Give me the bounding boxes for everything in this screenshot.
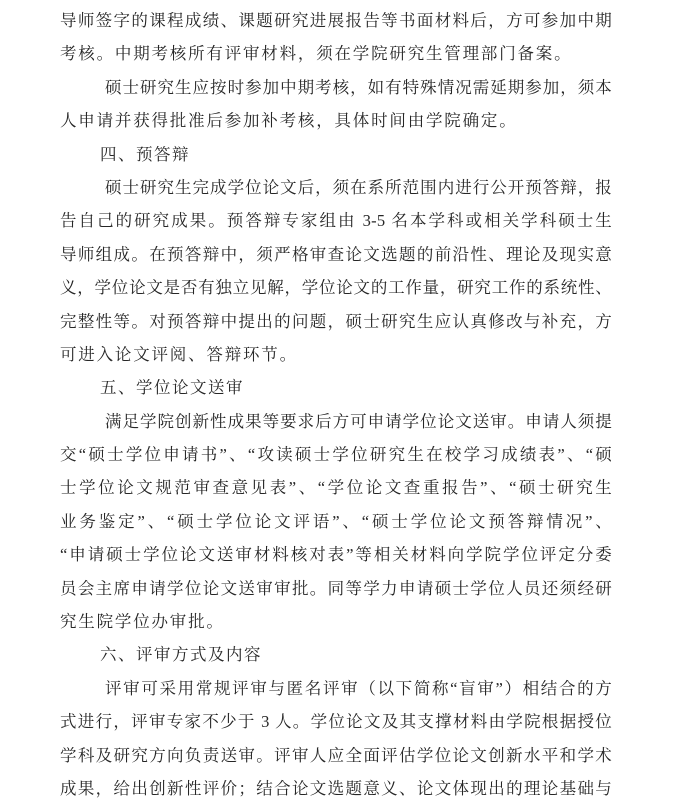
text-line: 究生院学位办审批。 — [60, 605, 612, 638]
text-line: 评审可采用常规评审与匿名评审（以下简称“盲审”）相结合的方 — [60, 672, 612, 705]
text-line: 硕士研究生应按时参加中期考核，如有特殊情况需延期参加，须本 — [60, 71, 612, 104]
section-heading: 四、预答辩 — [60, 138, 612, 171]
text-line: 义，学位论文是否有独立见解，学位论文的工作量，研究工作的系统性、 — [60, 271, 612, 304]
document-page: 导师签字的课程成绩、课题研究进展报告等书面材料后，方可参加中期考核。中期考核所有… — [0, 0, 678, 806]
text-line: 人申请并获得批准后参加补考核，具体时间由学院确定。 — [60, 104, 612, 137]
text-line: 导师组成。在预答辩中，须严格审查论文选题的前沿性、理论及现实意 — [60, 238, 612, 271]
text-line: 完整性等。对预答辩中提出的问题，硕士研究生应认真修改与补充，方 — [60, 305, 612, 338]
text-line: 成果，给出创新性评价；结合论文选题意义、论文体现出的理论基础与 — [60, 772, 612, 805]
text-line: 交“硕士学位申请书”、“攻读硕士学位研究生在校学习成绩表”、“硕 — [60, 438, 612, 471]
text-line: “申请硕士学位论文送审材料核对表”等相关材料向学院学位评定分委 — [60, 538, 612, 571]
text-line: 学科及研究方向负责送审。评审人应全面评估学位论文创新水平和学术 — [60, 739, 612, 772]
text-line: 业务鉴定”、“硕士学位论文评语”、“硕士学位论文预答辩情况”、 — [60, 505, 612, 538]
section-heading: 五、学位论文送审 — [60, 371, 612, 404]
text-line: 导师签字的课程成绩、课题研究进展报告等书面材料后，方可参加中期 — [60, 4, 612, 37]
text-line: 考核。中期考核所有评审材料，须在学院研究生管理部门备案。 — [60, 37, 612, 70]
document-text: 导师签字的课程成绩、课题研究进展报告等书面材料后，方可参加中期考核。中期考核所有… — [60, 4, 612, 805]
text-line: 式进行，评审专家不少于 3 人。学位论文及其支撑材料由学院根据授位 — [60, 705, 612, 738]
text-line: 可进入论文评阅、答辩环节。 — [60, 338, 612, 371]
text-line: 员会主席申请学位论文送审审批。同等学力申请硕士学位人员还须经研 — [60, 572, 612, 605]
document-viewport: { "page": { "background": "#ffffff", "te… — [0, 0, 678, 806]
section-heading: 六、评审方式及内容 — [60, 638, 612, 671]
text-line: 满足学院创新性成果等要求后方可申请学位论文送审。申请人须提 — [60, 405, 612, 438]
text-line: 告自己的研究成果。预答辩专家组由 3-5 名本学科或相关学科硕士生 — [60, 204, 612, 237]
text-line: 士学位论文规范审查意见表”、“学位论文查重报告”、“硕士研究生 — [60, 471, 612, 504]
text-line: 硕士研究生完成学位论文后，须在系所范围内进行公开预答辩，报 — [60, 171, 612, 204]
